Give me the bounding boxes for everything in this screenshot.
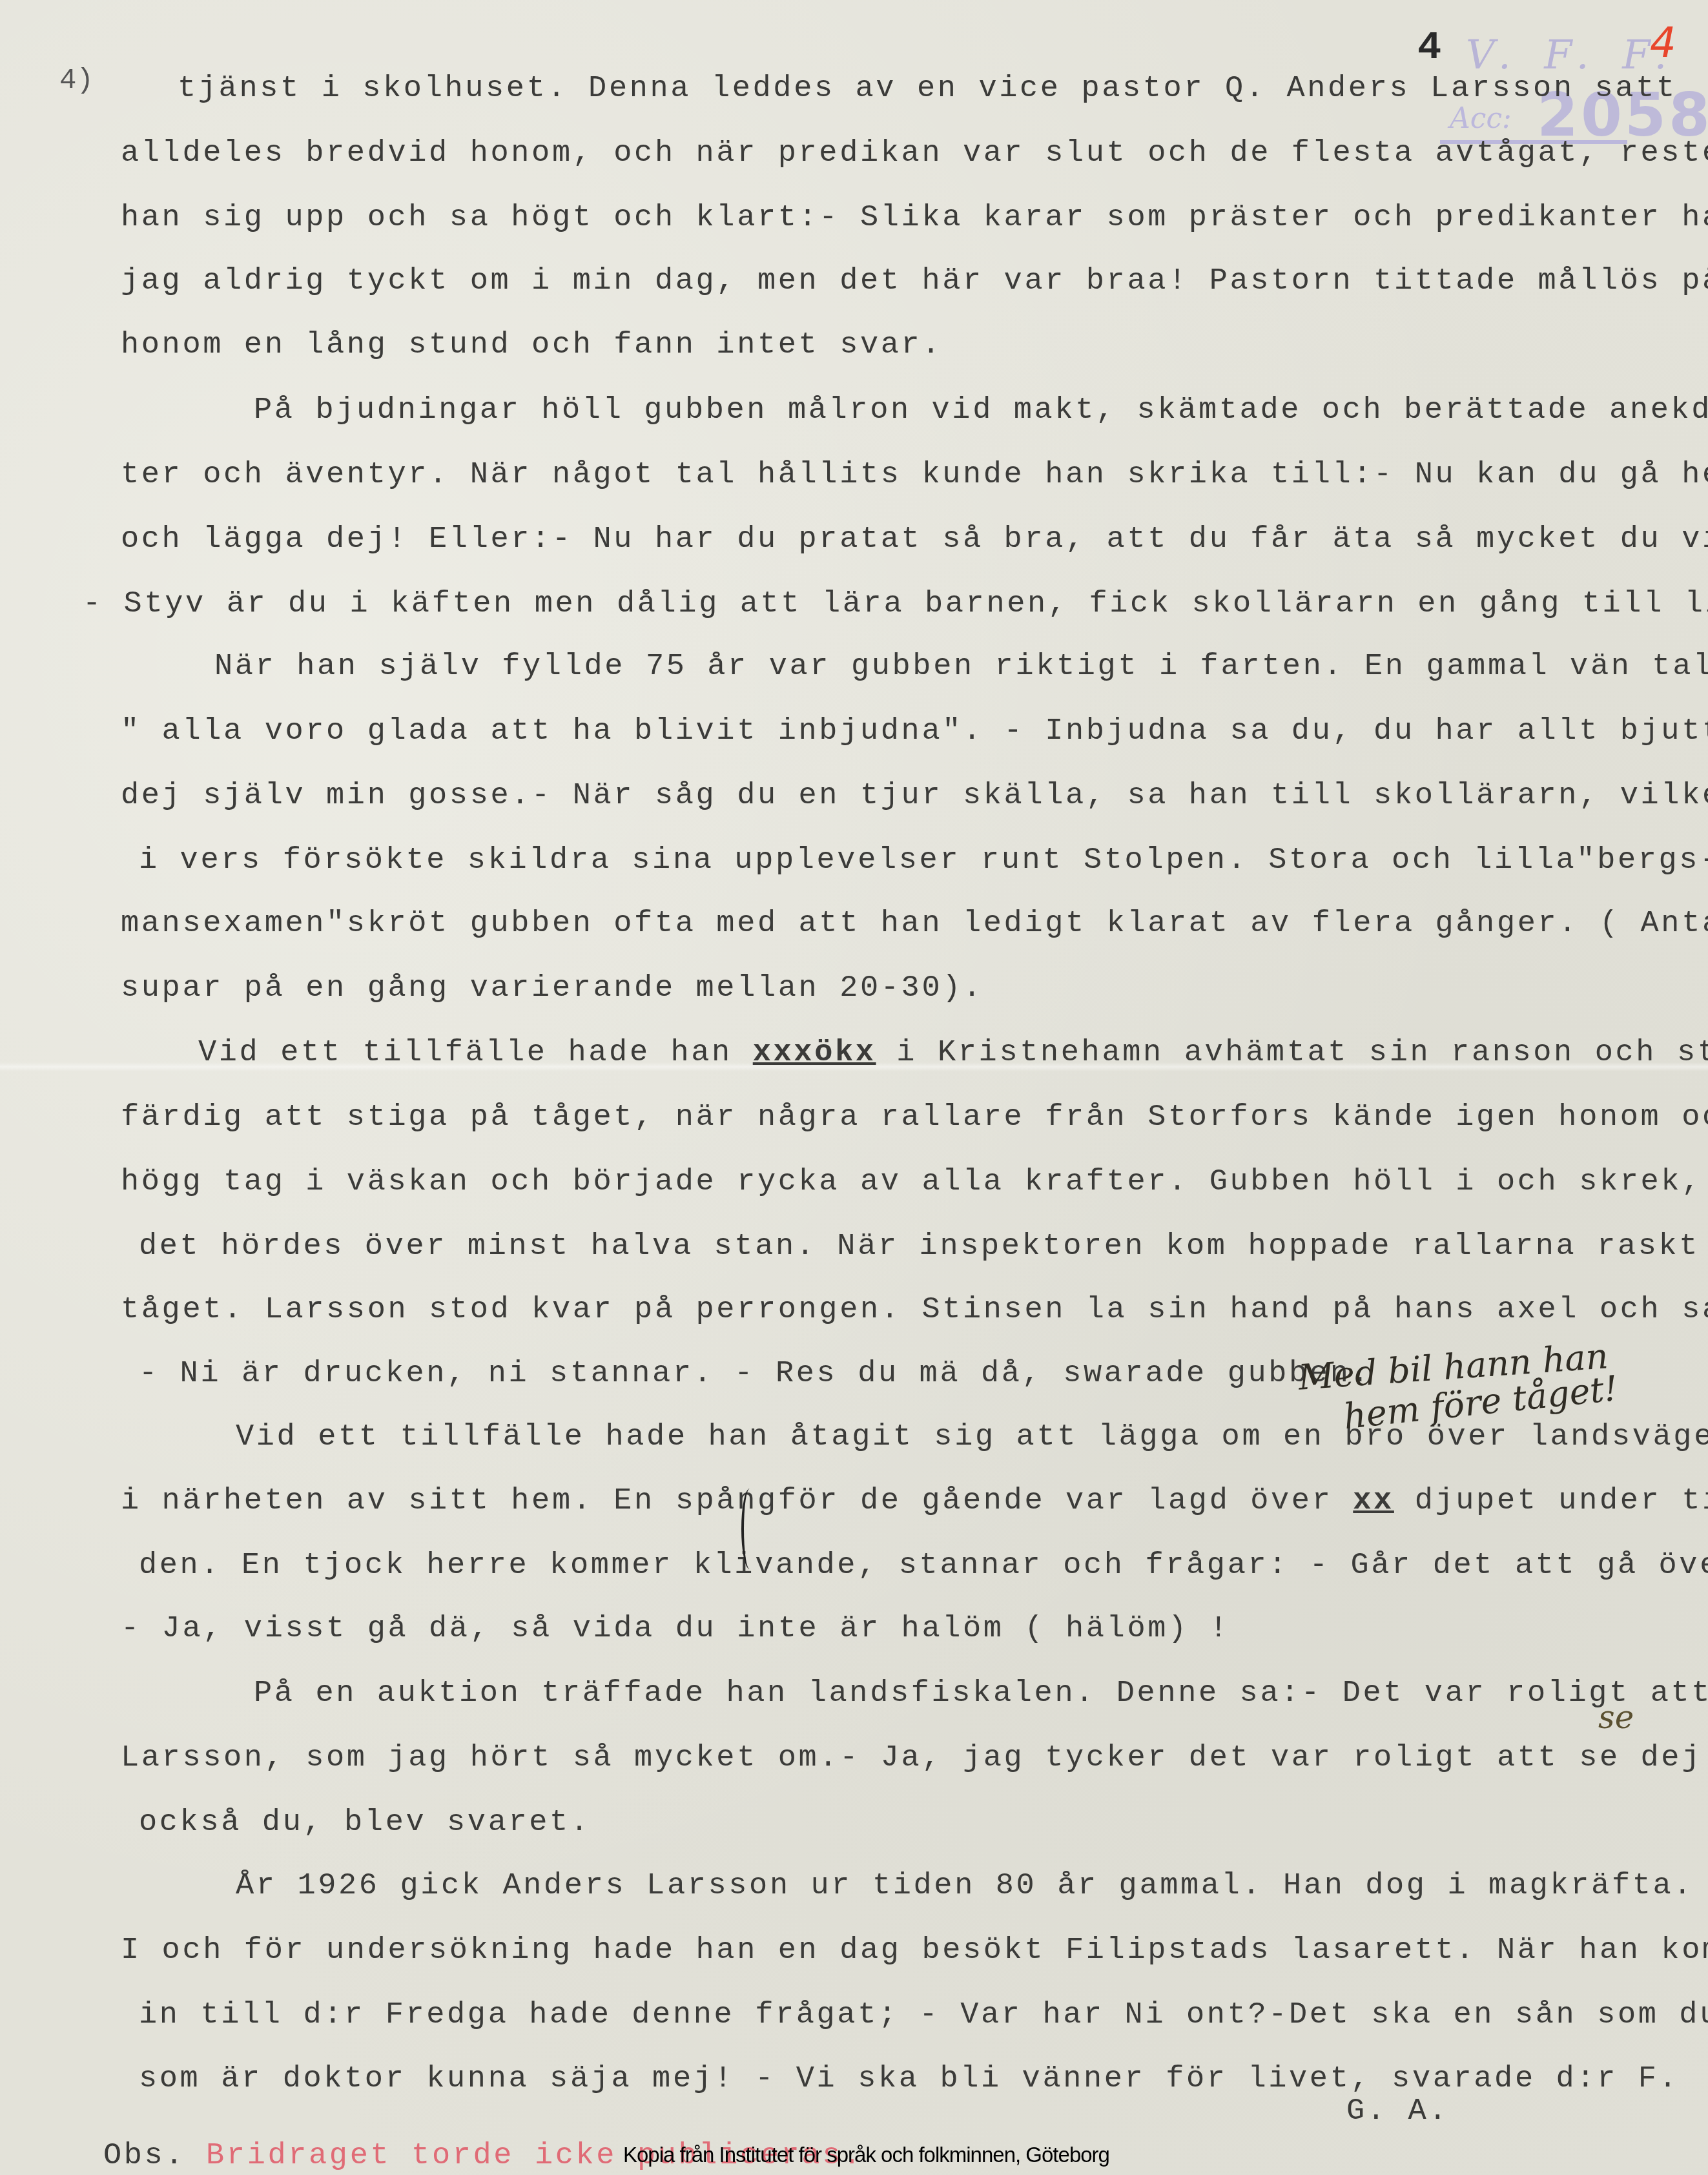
text-line-content: det hördes över minst halva stan. När in…	[139, 1230, 1708, 1264]
text-line: År 1926 gick Anders Larsson ur tiden 80 …	[236, 1867, 1694, 1906]
text-line-content: han sig upp och sa högt och klart:- Slik…	[121, 201, 1708, 235]
text-line-content: Larsson, som jag hört så mycket om.- Ja,…	[121, 1741, 1702, 1775]
text-line-rest: i Kristnehamn avhämtat sin ranson och st…	[876, 1036, 1708, 1070]
text-line-content: supar på en gång varierande mellan 20-30…	[121, 971, 983, 1005]
text-line: När han själv fyllde 75 år var gubben ri…	[214, 648, 1708, 686]
text-line: jag aldrig tyckt om i min dag, men det h…	[121, 262, 1708, 301]
text-line-content: och lägga dej! Eller:- Nu har du pratat …	[121, 522, 1708, 557]
text-line-content: alldeles bredvid honom, och när predikan…	[121, 136, 1708, 170]
text-line-content: dej själv min gosse.- När såg du en tjur…	[121, 779, 1708, 813]
text-line-content: också du, blev svaret.	[139, 1806, 591, 1840]
text-line: - Styv är du i käften men dålig att lära…	[83, 585, 1708, 624]
text-line: På en auktion träffade han landsfiskalen…	[254, 1675, 1708, 1713]
text-line: I och för undersökning hade han en dag b…	[121, 1932, 1708, 1970]
text-line-content: G. A.	[1346, 2094, 1449, 2129]
document-page: 4) 4 V. F. F. 2058 Acc: 4 tjänst i skolh…	[0, 0, 1708, 2175]
text-line: tjänst i skolhuset. Denna leddes av en v…	[178, 70, 1677, 108]
handwritten-insertion: se	[1598, 1698, 1634, 1736]
text-line: " alla voro glada att ha blivit inbjudna…	[121, 712, 1708, 751]
text-line-content: När han själv fyllde 75 år var gubben ri…	[214, 650, 1708, 684]
text-line: Vid ett tillfälle hade han xxxökx i Kris…	[198, 1034, 1708, 1073]
text-line-content: I och för undersökning hade han en dag b…	[121, 1933, 1708, 1968]
text-line-content: ter och äventyr. När något tal hållits k…	[121, 458, 1708, 492]
text-line: det hördes över minst halva stan. När in…	[139, 1228, 1708, 1266]
text-line-content: Vid ett tillfälle hade han	[198, 1036, 753, 1070]
text-line-content: tjänst i skolhuset. Denna leddes av en v…	[178, 72, 1677, 106]
text-line-content: - Styv är du i käften men dålig att lära…	[83, 587, 1708, 621]
text-line-content: - Ni är drucken, ni stannar. - Res du mä…	[139, 1357, 1371, 1391]
text-line: den. En tjock herre kommer klivande, sta…	[139, 1547, 1708, 1585]
text-line: - Ja, visst gå dä, så vida du inte är ha…	[121, 1610, 1230, 1649]
text-line-content: som är doktor kunna säja mej! - Vi ska b…	[139, 2062, 1679, 2096]
text-line: Vid ett tillfälle hade han åtagit sig at…	[236, 1418, 1708, 1457]
text-line: Larsson, som jag hört så mycket om.- Ja,…	[121, 1739, 1702, 1778]
text-line: dej själv min gosse.- När såg du en tjur…	[121, 777, 1708, 816]
text-line-content: färdig att stiga på tåget, när några ral…	[121, 1100, 1708, 1135]
text-line-content: i närheten av sitt hem. En spångför de g…	[121, 1484, 1353, 1518]
text-line-content: i vers försökte skildra sina upplevelser…	[139, 843, 1708, 878]
red-page-number: 4	[1650, 19, 1676, 67]
page-number: 4	[1417, 25, 1441, 70]
text-line: och lägga dej! Eller:- Nu har du pratat …	[121, 521, 1708, 559]
text-line-content: Vid ett tillfälle hade han åtagit sig at…	[236, 1420, 1708, 1454]
text-line-content: " alla voro glada att ha blivit inbjudna…	[121, 714, 1708, 748]
text-line: mansexamen"skröt gubben ofta med att han…	[121, 905, 1708, 943]
struck-out-text: xxxökx	[753, 1036, 876, 1070]
text-line: G. A.	[1346, 2092, 1449, 2131]
text-line-content: - Ja, visst gå dä, så vida du inte är ha…	[121, 1612, 1230, 1646]
text-line: supar på en gång varierande mellan 20-30…	[121, 969, 983, 1008]
text-line: han sig upp och sa högt och klart:- Slik…	[121, 199, 1708, 238]
text-line-content: honom en lång stund och fann intet svar.	[121, 328, 942, 362]
text-line: också du, blev svaret.	[139, 1804, 591, 1842]
text-line: högg tag i väskan och började rycka av a…	[121, 1163, 1708, 1202]
obs-label: Obs.	[103, 2139, 206, 2173]
text-line-content: högg tag i väskan och började rycka av a…	[121, 1165, 1708, 1199]
text-line-content: den. En tjock herre kommer klivande, sta…	[139, 1549, 1708, 1583]
text-line: i närheten av sitt hem. En spångför de g…	[121, 1482, 1708, 1521]
handwritten-bracket-mark	[741, 1489, 758, 1569]
text-line-content: På en auktion träffade han landsfiskalen…	[254, 1676, 1708, 1711]
text-line: honom en lång stund och fann intet svar.	[121, 326, 942, 365]
text-line-content: in till d:r Fredga hade denne frågat; - …	[139, 1998, 1708, 2032]
text-line-content: mansexamen"skröt gubben ofta med att han…	[121, 907, 1708, 941]
text-line: På bjudningar höll gubben målron vid mak…	[254, 391, 1708, 430]
page-marker: 4)	[59, 65, 94, 97]
text-line: - Ni är drucken, ni stannar. - Res du mä…	[139, 1355, 1371, 1394]
text-line: ter och äventyr. När något tal hållits k…	[121, 456, 1708, 495]
text-line-rest: djupet under ti-	[1394, 1484, 1708, 1518]
text-line-content: jag aldrig tyckt om i min dag, men det h…	[121, 264, 1708, 298]
struck-out-text: xx	[1353, 1484, 1394, 1518]
text-line: i vers försökte skildra sina upplevelser…	[139, 841, 1708, 880]
archive-copy-note: Kopia från Institutet för språk och folk…	[623, 2143, 1109, 2167]
text-line-content: År 1926 gick Anders Larsson ur tiden 80 …	[236, 1869, 1694, 1903]
text-line-content: På bjudningar höll gubben målron vid mak…	[254, 393, 1708, 428]
text-line: tåget. Larsson stod kvar på perrongen. S…	[121, 1291, 1708, 1330]
text-line-content: tåget. Larsson stod kvar på perrongen. S…	[121, 1293, 1708, 1327]
text-line: alldeles bredvid honom, och när predikan…	[121, 134, 1708, 173]
text-line: färdig att stiga på tåget, när några ral…	[121, 1098, 1708, 1137]
text-line: in till d:r Fredga hade denne frågat; - …	[139, 1996, 1708, 2035]
